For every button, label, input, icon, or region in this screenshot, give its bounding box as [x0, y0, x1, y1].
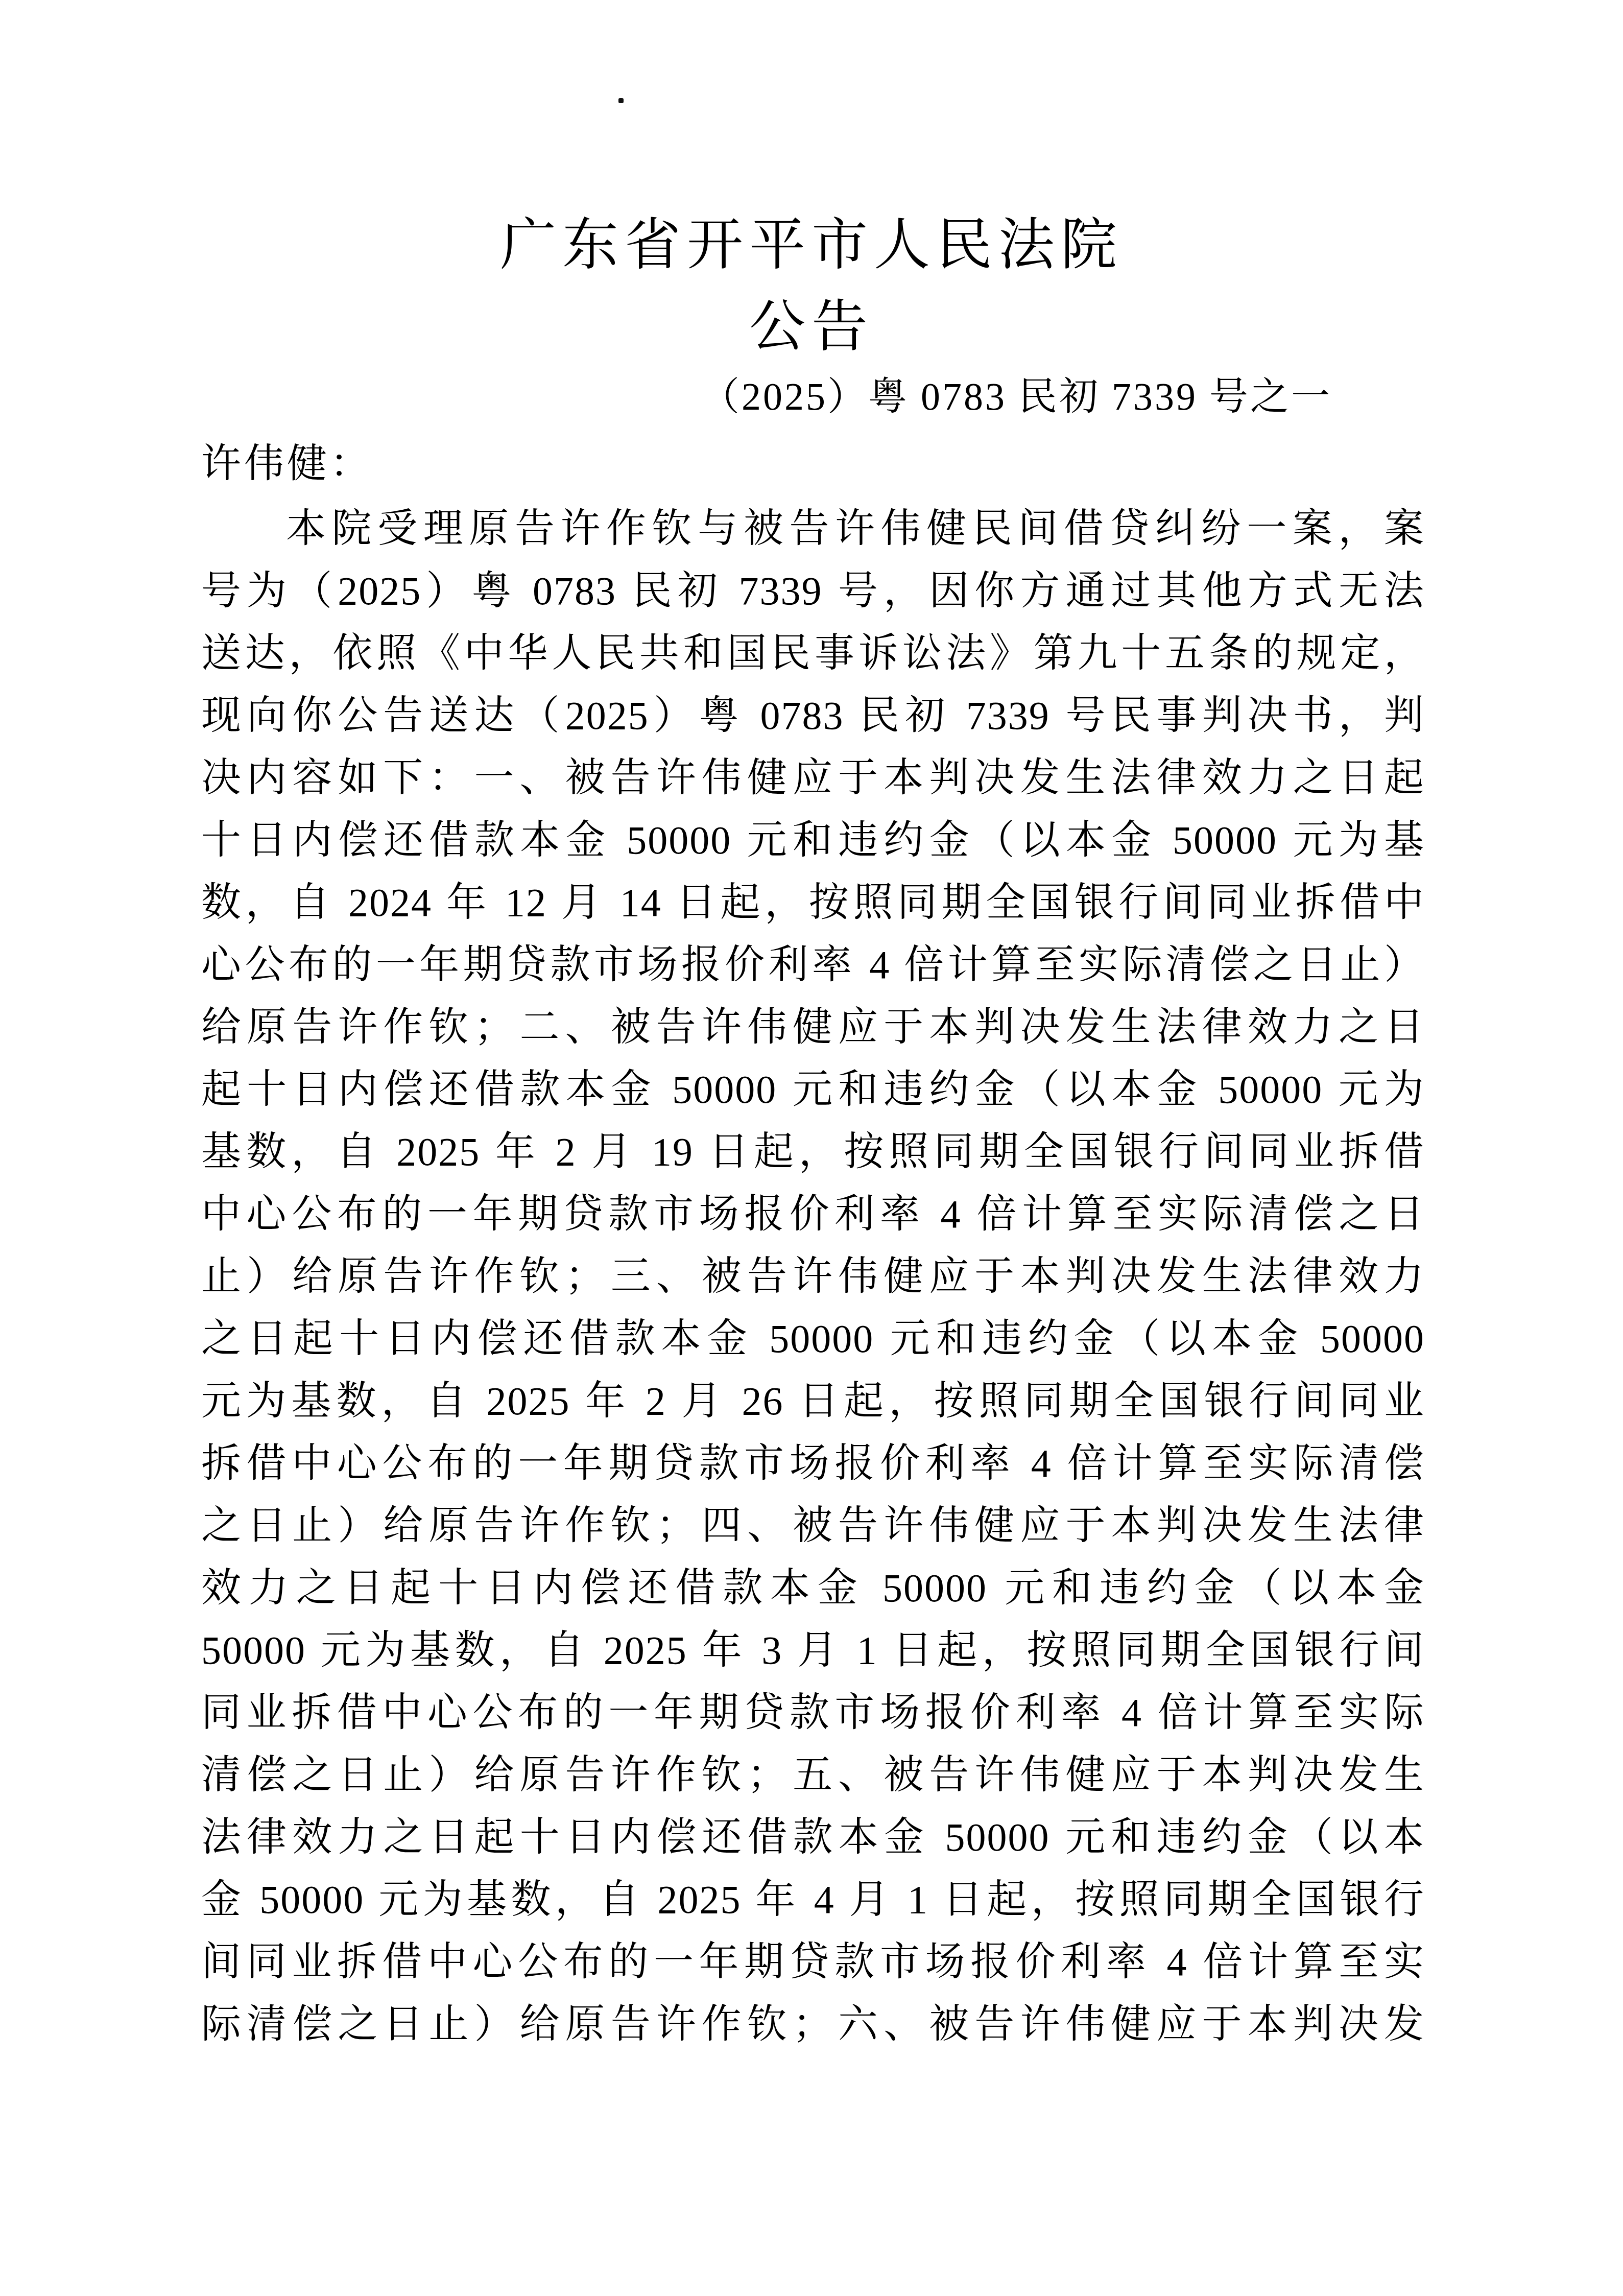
body-line: 间同业拆借中心公布的一年期贷款市场报价利率 4 倍计算至实	[201, 1931, 1425, 1993]
body-line: 心公布的一年期贷款市场报价利率 4 倍计算至实际清偿之日止）	[201, 934, 1425, 996]
body-line: 现向你公告送达（2025）粤 0783 民初 7339 号民事判决书，判	[201, 684, 1425, 747]
body-line: 基数，自 2025 年 2 月 19 日起，按照同期全国银行间同业拆借	[201, 1121, 1425, 1183]
body-line: 送达，依照《中华人民共和国民事诉讼法》第九十五条的规定，	[201, 622, 1425, 684]
body-line: 十日内偿还借款本金 50000 元和违约金（以本金 50000 元为基	[201, 809, 1425, 871]
body-line: 止）给原告许作钦；三、被告许伟健应于本判决发生法律效力	[201, 1245, 1425, 1308]
body-line: 之日止）给原告许作钦；四、被告许伟健应于本判决发生法律	[201, 1495, 1425, 1557]
body-line: 50000 元为基数，自 2025 年 3 月 1 日起，按照同期全国银行间	[201, 1619, 1425, 1682]
body-line: 效力之日起十日内偿还借款本金 50000 元和违约金（以本金	[201, 1557, 1425, 1619]
body-line: 数，自 2024 年 12 月 14 日起，按照同期全国银行间同业拆借中	[201, 871, 1425, 934]
announcement-body: 本院受理原告许作钦与被告许伟健民间借贷纠纷一案，案号为（2025）粤 0783 …	[201, 498, 1425, 2055]
court-name-heading: 广东省开平市人民法院	[0, 215, 1623, 276]
body-line: 给原告许作钦；二、被告许伟健应于本判决发生法律效力之日	[201, 996, 1425, 1058]
scan-artifact-dot	[618, 98, 624, 103]
body-line: 拆借中心公布的一年期贷款市场报价利率 4 倍计算至实际清偿	[201, 1432, 1425, 1495]
body-line: 本院受理原告许作钦与被告许伟健民间借贷纠纷一案，案	[201, 498, 1425, 560]
body-line: 同业拆借中心公布的一年期贷款市场报价利率 4 倍计算至实际	[201, 1682, 1425, 1744]
body-line: 中心公布的一年期贷款市场报价利率 4 倍计算至实际清偿之日	[201, 1183, 1425, 1245]
document-page: 广东省开平市人民法院 公告 （2025）粤 0783 民初 7339 号之一 许…	[0, 0, 1623, 2296]
body-line: 清偿之日止）给原告许作钦；五、被告许伟健应于本判决发生	[201, 1744, 1425, 1806]
body-line: 际清偿之日止）给原告许作钦；六、被告许伟健应于本判决发	[201, 1993, 1425, 2055]
body-line: 决内容如下：一、被告许伟健应于本判决发生法律效力之日起	[201, 747, 1425, 809]
body-line: 之日起十日内偿还借款本金 50000 元和违约金（以本金 50000	[201, 1308, 1425, 1370]
body-line: 法律效力之日起十日内偿还借款本金 50000 元和违约金（以本	[201, 1806, 1425, 1868]
addressee-name: 许伟健：	[201, 439, 373, 488]
body-line: 金 50000 元为基数，自 2025 年 4 月 1 日起，按照同期全国银行	[201, 1868, 1425, 1931]
announcement-title: 公告	[0, 296, 1623, 358]
body-line: 号为（2025）粤 0783 民初 7339 号，因你方通过其他方式无法	[201, 560, 1425, 622]
body-line: 元为基数，自 2025 年 2 月 26 日起，按照同期全国银行间同业	[201, 1370, 1425, 1432]
body-line: 起十日内偿还借款本金 50000 元和违约金（以本金 50000 元为	[201, 1058, 1425, 1121]
case-number: （2025）粤 0783 民初 7339 号之一	[701, 374, 1332, 420]
